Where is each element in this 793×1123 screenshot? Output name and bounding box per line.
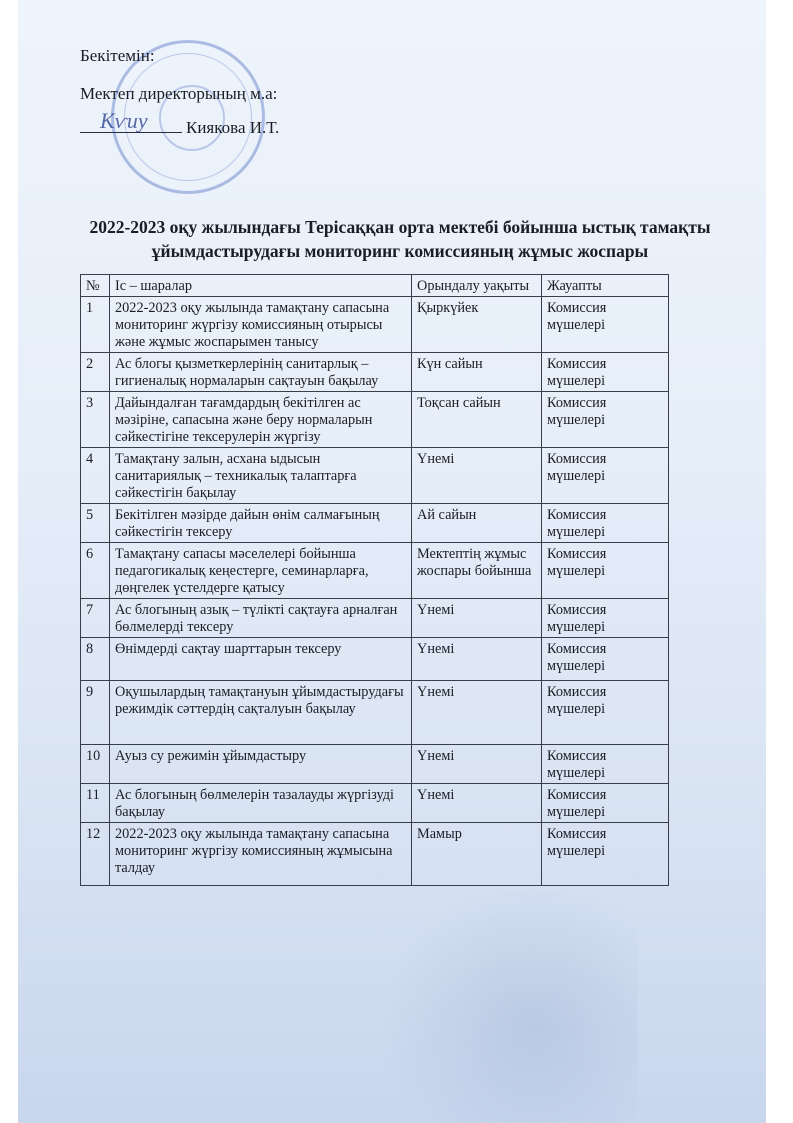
table-row: 11Ас блогының бөлмелерін тазалауды жүргі… [81, 784, 669, 823]
table-row: 3Дайындалған тағамдардың бекітілген ас м… [81, 392, 669, 448]
row-activity: 2022-2023 оқу жылында тамақтану сапасына… [110, 823, 412, 886]
table-row: 6Тамақтану сапасы мәселелері бойынша пед… [81, 543, 669, 599]
row-responsible: Комиссия мүшелері [542, 504, 669, 543]
row-activity: Дайындалған тағамдардың бекітілген ас мә… [110, 392, 412, 448]
row-activity: Бекітілген мәзірде дайын өнім салмағының… [110, 504, 412, 543]
row-number: 2 [81, 353, 110, 392]
row-activity: Тамақтану сапасы мәселелері бойынша педа… [110, 543, 412, 599]
row-deadline: Мамыр [412, 823, 542, 886]
table-row: 4Тамақтану залын, асхана ыдысын санитари… [81, 448, 669, 504]
row-deadline: Үнемі [412, 745, 542, 784]
row-deadline: Тоқсан сайын [412, 392, 542, 448]
row-number: 7 [81, 599, 110, 638]
row-activity: Оқушылардың тамақтануын ұйымдастырудағы … [110, 681, 412, 745]
row-responsible: Комиссия мүшелері [542, 823, 669, 886]
table-row: 7Ас блогының азық – түлікті сақтауға арн… [81, 599, 669, 638]
row-number: 12 [81, 823, 110, 886]
approval-role: Мектеп директорының м.а: [80, 85, 277, 102]
row-responsible: Комиссия мүшелері [542, 448, 669, 504]
header-responsible: Жауапты [542, 275, 669, 297]
table-row: 5Бекітілген мәзірде дайын өнім салмағыны… [81, 504, 669, 543]
row-activity: Ауыз су режимін ұйымдастыру [110, 745, 412, 784]
table-row: 122022-2023 оқу жылында тамақтану сапасы… [81, 823, 669, 886]
row-number: 1 [81, 297, 110, 353]
row-responsible: Комиссия мүшелері [542, 681, 669, 745]
table-row: 10Ауыз су режимін ұйымдастыруҮнеміКомисс… [81, 745, 669, 784]
row-deadline: Үнемі [412, 784, 542, 823]
row-deadline: Үнемі [412, 599, 542, 638]
header-number: № [81, 275, 110, 297]
document-title: 2022-2023 оқу жылындағы Терісаққан орта … [60, 215, 740, 263]
row-deadline: Қыркүйек [412, 297, 542, 353]
approval-title: Бекітемін: [80, 47, 155, 64]
row-activity: 2022-2023 оқу жылында тамақтану сапасына… [110, 297, 412, 353]
row-deadline: Мектептің жұмыс жоспары бойынша [412, 543, 542, 599]
row-number: 10 [81, 745, 110, 784]
row-activity: Ас блогы қызметкерлерінің санитарлық – г… [110, 353, 412, 392]
table-row: 2Ас блогы қызметкерлерінің санитарлық – … [81, 353, 669, 392]
row-responsible: Комиссия мүшелері [542, 392, 669, 448]
row-deadline: Ай сайын [412, 504, 542, 543]
row-responsible: Комиссия мүшелері [542, 784, 669, 823]
row-number: 8 [81, 638, 110, 681]
row-number: 9 [81, 681, 110, 745]
row-responsible: Комиссия мүшелері [542, 297, 669, 353]
row-responsible: Комиссия мүшелері [542, 353, 669, 392]
row-responsible: Комиссия мүшелері [542, 599, 669, 638]
row-activity: Өнімдерді сақтау шарттарын тексеру [110, 638, 412, 681]
table-row: 8Өнімдерді сақтау шарттарын тексеруҮнемі… [81, 638, 669, 681]
approval-signature-line: Кѵиу Киякова И.Т. [80, 118, 279, 136]
row-deadline: Үнемі [412, 638, 542, 681]
row-responsible: Комиссия мүшелері [542, 543, 669, 599]
row-number: 4 [81, 448, 110, 504]
row-deadline: Күн сайын [412, 353, 542, 392]
row-activity: Ас блогының азық – түлікті сақтауға арна… [110, 599, 412, 638]
work-plan-table: № Іс – шаралар Орындалу уақыты Жауапты 1… [80, 274, 669, 886]
table-row: 9Оқушылардың тамақтануын ұйымдастырудағы… [81, 681, 669, 745]
row-number: 3 [81, 392, 110, 448]
row-activity: Ас блогының бөлмелерін тазалауды жүргізу… [110, 784, 412, 823]
row-responsible: Комиссия мүшелері [542, 745, 669, 784]
row-number: 11 [81, 784, 110, 823]
header-deadline: Орындалу уақыты [412, 275, 542, 297]
header-activities: Іс – шаралар [110, 275, 412, 297]
row-deadline: Үнемі [412, 448, 542, 504]
table-header-row: № Іс – шаралар Орындалу уақыты Жауапты [81, 275, 669, 297]
handwritten-signature: Кѵиу [100, 110, 170, 136]
table-row: 12022-2023 оқу жылында тамақтану сапасын… [81, 297, 669, 353]
row-activity: Тамақтану залын, асхана ыдысын санитария… [110, 448, 412, 504]
row-responsible: Комиссия мүшелері [542, 638, 669, 681]
row-deadline: Үнемі [412, 681, 542, 745]
signatory-name: Киякова И.Т. [186, 118, 279, 137]
row-number: 5 [81, 504, 110, 543]
row-number: 6 [81, 543, 110, 599]
signature-line: Кѵиу [80, 118, 182, 133]
